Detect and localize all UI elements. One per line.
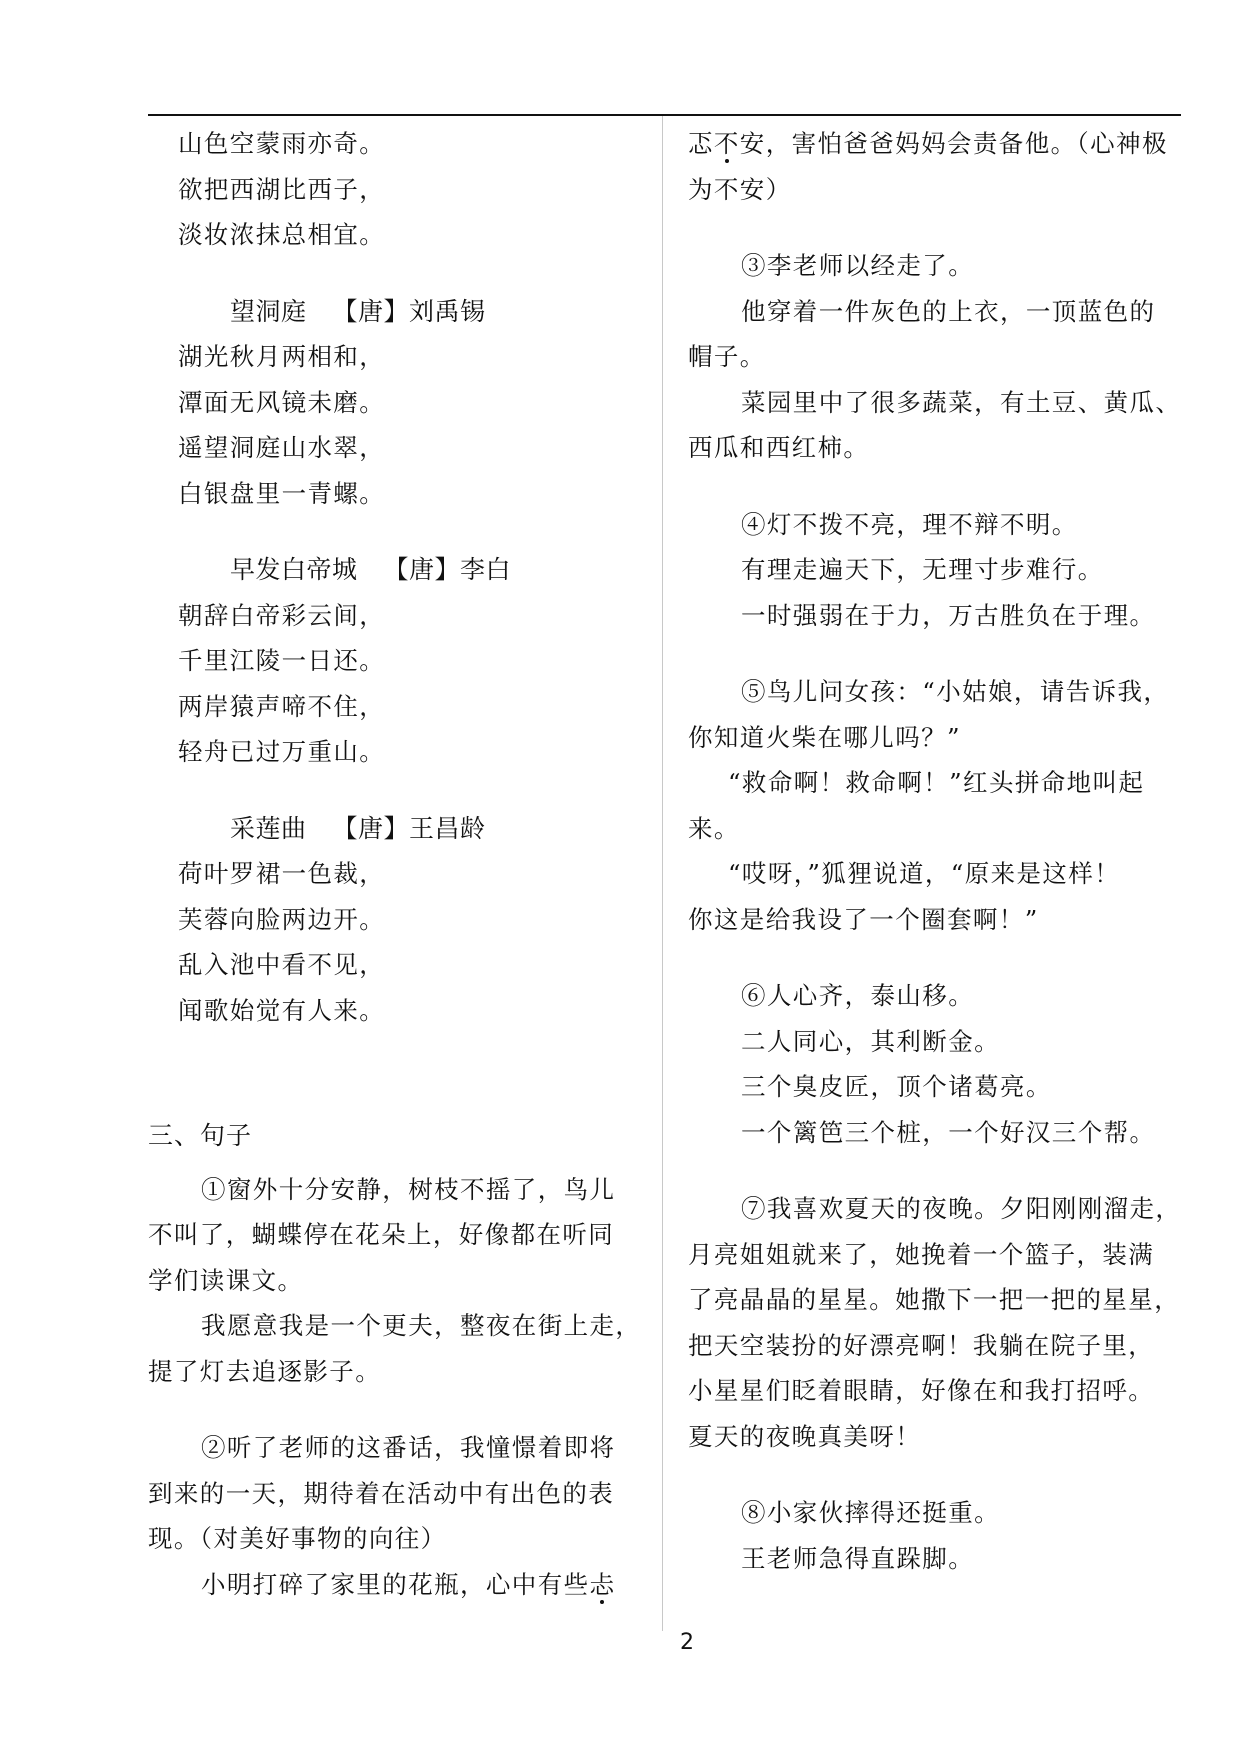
poem-line: 遥望洞庭山水翠， [148, 425, 642, 471]
sentence-line: 二人同心，其利断金。 [688, 1019, 1181, 1065]
poem-line: 芙蓉向脸两边开。 [148, 897, 642, 943]
poem-name: 采莲曲 [230, 814, 307, 843]
sentence-line: 到来的一天，期待着在活动中有出色的表 [148, 1471, 642, 1517]
poem-line: 朝辞白帝彩云间， [148, 593, 642, 639]
sentence-line: 为不安） [688, 167, 1181, 213]
section-title: 三、句子 [148, 1113, 642, 1159]
sentence-line: ⑧小家伙摔得还挺重。 [688, 1490, 1181, 1536]
sentence-line: 你这是给我设了一个圈套啊！” [688, 897, 1181, 943]
poem-name: 早发白帝城 [230, 555, 358, 584]
poem-line: 白银盘里一青螺。 [148, 471, 642, 517]
sentence-line: 一个篱笆三个桩，一个好汉三个帮。 [688, 1110, 1181, 1156]
sentence-line: “救命啊！救命啊！”红头拼命地叫起 [688, 760, 1181, 806]
sentence-line: 现。（对美好事物的向往） [148, 1516, 642, 1562]
poem-line: 千里江陵一日还。 [148, 638, 642, 684]
poem-name: 望洞庭 [230, 297, 307, 326]
poem-line: 两岸猿声啼不住， [148, 684, 642, 730]
sentence-line: 学们读课文。 [148, 1258, 642, 1304]
header-rule [148, 114, 1181, 116]
sentence-line: ②听了老师的这番话，我憧憬着即将 [148, 1425, 642, 1471]
sentence-line: 有理走遍天下，无理寸步难行。 [688, 547, 1181, 593]
sentence-line: ④灯不拨不亮，理不辩不明。 [688, 502, 1181, 548]
poem-line: 荷叶罗裙一色裁， [148, 851, 642, 897]
poem-title: 望洞庭【唐】刘禹锡 [148, 289, 642, 335]
poem-author: 【唐】李白 [384, 555, 512, 584]
poem-title: 早发白帝城【唐】李白 [148, 547, 642, 593]
poem-line: 轻舟已过万重山。 [148, 729, 642, 775]
sentence-text: 小明打碎了家里的花瓶，心中有些 [201, 1570, 590, 1599]
poem-line: 欲把西湖比西子， [148, 167, 642, 213]
sentence-line: 了亮晶晶的星星。她撒下一把一把的星星， [688, 1277, 1181, 1323]
sentence-line: 提了灯去追逐影子。 [148, 1349, 642, 1395]
sentence-line: 我愿意我是一个更夫，整夜在街上走， [148, 1303, 642, 1349]
poem-line: 淡妆浓抹总相宜。 [148, 212, 642, 258]
poem-line: 乱入池中看不见， [148, 942, 642, 988]
poem-line: 山色空蒙雨亦奇。 [148, 121, 642, 167]
poem-line: 闻歌始觉有人来。 [148, 988, 642, 1034]
sentence-line: 菜园里中了很多蔬菜，有土豆、黄瓜、 [688, 380, 1181, 426]
poem-author: 【唐】刘禹锡 [333, 297, 486, 326]
sentence-line: ⑥人心齐，泰山移。 [688, 973, 1181, 1019]
sentence-line: “哎呀，”狐狸说道，“原来是这样！ [688, 851, 1181, 897]
poem-line: 潭面无风镜未磨。 [148, 380, 642, 426]
sentence-line: 西瓜和西红柿。 [688, 425, 1181, 471]
sentence-line: 王老师急得直跺脚。 [688, 1536, 1181, 1582]
sentence-line: 忑不安，害怕爸爸妈妈会责备他。（心神极 [688, 121, 1181, 167]
poem-title: 采莲曲【唐】王昌龄 [148, 806, 642, 852]
sentence-line: 一时强弱在于力，万古胜负在于理。 [688, 593, 1181, 639]
page-number: 2 [680, 1630, 694, 1655]
sentence-line: 你知道火柴在哪儿吗？” [688, 715, 1181, 761]
sentence-line: ①窗外十分安静，树枝不摇了，鸟儿 [148, 1167, 642, 1213]
left-column: 山色空蒙雨亦奇。 欲把西湖比西子， 淡妆浓抹总相宜。 望洞庭【唐】刘禹锡 湖光秋… [148, 121, 642, 1607]
right-column: 忑不安，害怕爸爸妈妈会责备他。（心神极 为不安） ③李老师以经走了。 他穿着一件… [688, 121, 1181, 1581]
sentence-line: 三个臭皮匠，顶个诸葛亮。 [688, 1064, 1181, 1110]
poem-line: 湖光秋月两相和， [148, 334, 642, 380]
sentence-line: 不叫了，蝴蝶停在花朵上，好像都在听同 [148, 1212, 642, 1258]
sentence-line: 把天空装扮的好漂亮啊！我躺在院子里， [688, 1323, 1181, 1369]
emphasis-dotted-char: 忐 [590, 1570, 616, 1599]
sentence-line: 夏天的夜晚真美呀！ [688, 1414, 1181, 1460]
sentence-line: 帽子。 [688, 334, 1181, 380]
sentence-line: 小明打碎了家里的花瓶，心中有些忐 [148, 1562, 642, 1608]
poem-author: 【唐】王昌龄 [333, 814, 486, 843]
sentence-line: 来。 [688, 806, 1181, 852]
sentence-line: 月亮姐姐就来了，她挽着一个篮子，装满 [688, 1232, 1181, 1278]
emphasis-dotted-chars: 忑不安 [688, 129, 766, 158]
sentence-line: 他穿着一件灰色的上衣，一顶蓝色的 [688, 289, 1181, 335]
sentence-line: ⑤鸟儿问女孩：“小姑娘，请告诉我， [688, 669, 1181, 715]
sentence-text: ，害怕爸爸妈妈会责备他。（心神极 [766, 129, 1168, 158]
sentence-line: 小星星们眨着眼睛，好像在和我打招呼。 [688, 1368, 1181, 1414]
sentence-line: ③李老师以经走了。 [688, 243, 1181, 289]
column-divider [662, 116, 663, 1631]
sentence-line: ⑦我喜欢夏天的夜晚。夕阳刚刚溜走， [688, 1186, 1181, 1232]
